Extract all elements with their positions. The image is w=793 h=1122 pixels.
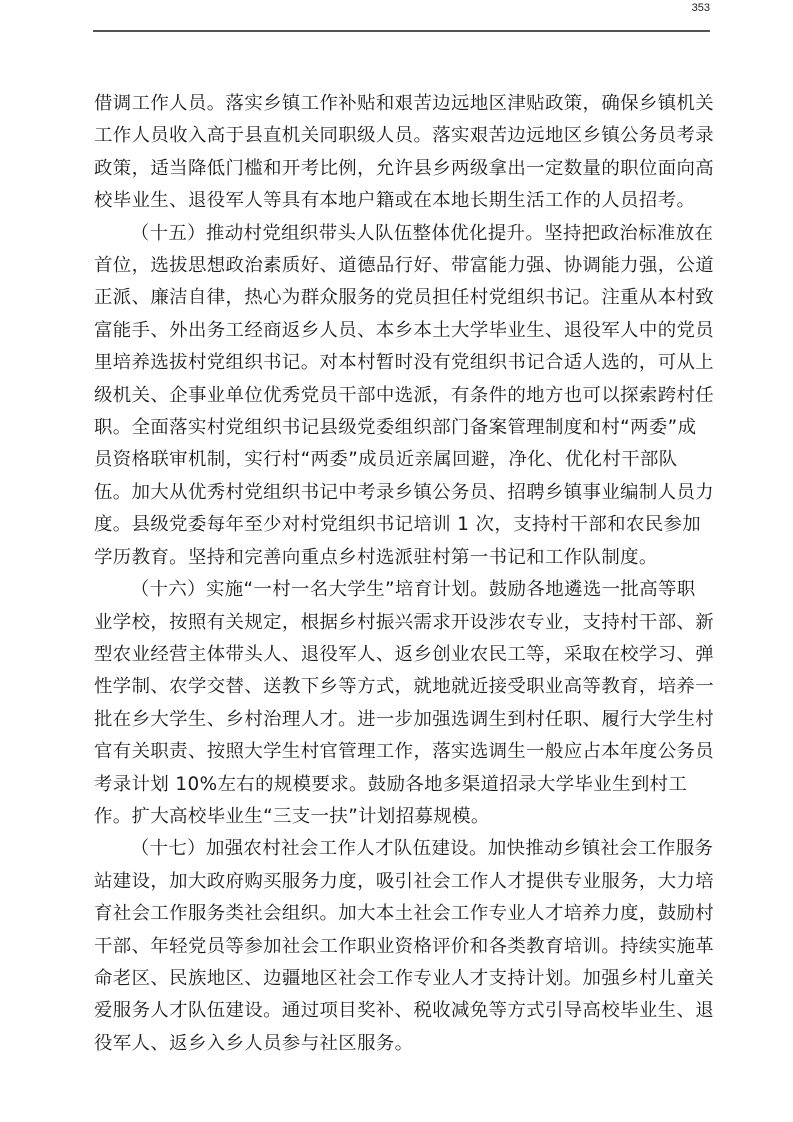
paragraph-section-16: （十六）实施“一村一名大学生”培育计划。鼓励各地遴选一批高等职 业学校，按照有关… [94,574,714,833]
text-line: 性学制、农学交替、送教下乡等方式，就地就近接受职业高等教育，培养一 [94,671,714,703]
text-line: 校毕业生、退役军人等具有本地户籍或在本地长期生活工作的人员招考。 [94,185,714,217]
text-line: 批在乡大学生、乡村治理人才。进一步加强选调生到村任职、履行大学生村 [94,704,714,736]
page-number: 353 [692,2,710,14]
text-line: 度。县级党委每年至少对村党组织书记培训 1 次，支持村干部和农民参加 [94,509,714,541]
text-line: 干部、年轻党员等参加社会工作职业资格评价和各类教育培训。持续实施革 [94,931,714,963]
text-line: 官有关职责、按照大学生村官管理工作，落实选调生一般应占本年度公务员 [94,736,714,768]
paragraph-section-15: （十五）推动村党组织带头人队伍整体优化提升。坚持把政治标准放在 首位，选拔思想政… [94,218,714,574]
text-line: 型农业经营主体带头人、退役军人、返乡创业农民工等，采取在校学习、弹 [94,639,714,671]
text-line: 职。全面落实村党组织书记县级党委组织部门备案管理制度和村“两委”成 [94,412,714,444]
text-line: 爱服务人才队伍建设。通过项目奖补、税收减免等方式引导高校毕业生、退 [94,995,714,1027]
text-line: 正派、廉洁自律，热心为群众服务的党员担任村党组织书记。注重从本村致 [94,282,714,314]
text-line: 富能手、外出务工经商返乡人员、本乡本土大学毕业生、退役军人中的党员 [94,315,714,347]
text-line: （十五）推动村党组织带头人队伍整体优化提升。坚持把政治标准放在 [94,218,714,250]
text-line: 借调工作人员。落实乡镇工作补贴和艰苦边远地区津贴政策，确保乡镇机关 [94,88,714,120]
text-line: （十七）加强农村社会工作人才队伍建设。加快推动乡镇社会工作服务 [94,833,714,865]
text-line: 役军人、返乡入乡人员参与社区服务。 [94,1028,714,1060]
text-line: 员资格联审机制，实行村“两委”成员近亲属回避，净化、优化村干部队 [94,444,714,476]
header-divider [93,30,710,32]
document-body: 借调工作人员。落实乡镇工作补贴和艰苦边远地区津贴政策，确保乡镇机关 工作人员收入… [94,88,714,1060]
text-line: 伍。加大从优秀村党组织书记中考录乡镇公务员、招聘乡镇事业编制人员力 [94,477,714,509]
text-line: 业学校，按照有关规定，根据乡村振兴需求开设涉农专业，支持村干部、新 [94,607,714,639]
text-line: 作。扩大高校毕业生“三支一扶”计划招募规模。 [94,801,714,833]
text-line: 首位，选拔思想政治素质好、道德品行好、带富能力强、协调能力强，公道 [94,250,714,282]
text-line: 政策，适当降低门槛和开考比例，允许县乡两级拿出一定数量的职位面向高 [94,153,714,185]
text-line: 考录计划 10%左右的规模要求。鼓励各地多渠道招录大学毕业生到村工 [94,769,714,801]
text-line: （十六）实施“一村一名大学生”培育计划。鼓励各地遴选一批高等职 [94,574,714,606]
text-line: 学历教育。坚持和完善向重点乡村选派驻村第一书记和工作队制度。 [94,542,714,574]
text-line: 命老区、民族地区、边疆地区社会工作专业人才支持计划。加强乡村儿童关 [94,963,714,995]
text-line: 站建设，加大政府购买服务力度，吸引社会工作人才提供专业服务，大力培 [94,866,714,898]
text-line: 工作人员收入高于县直机关同职级人员。落实艰苦边远地区乡镇公务员考录 [94,120,714,152]
paragraph-section-17: （十七）加强农村社会工作人才队伍建设。加快推动乡镇社会工作服务 站建设，加大政府… [94,833,714,1060]
text-line: 级机关、企事业单位优秀党员干部中选派，有条件的地方也可以探索跨村任 [94,380,714,412]
text-line: 里培养选拔村党组织书记。对本村暂时没有党组织书记合适人选的，可从上 [94,347,714,379]
paragraph-intro-continuation: 借调工作人员。落实乡镇工作补贴和艰苦边远地区津贴政策，确保乡镇机关 工作人员收入… [94,88,714,218]
text-line: 育社会工作服务类社会组织。加大本土社会工作专业人才培养力度，鼓励村 [94,898,714,930]
